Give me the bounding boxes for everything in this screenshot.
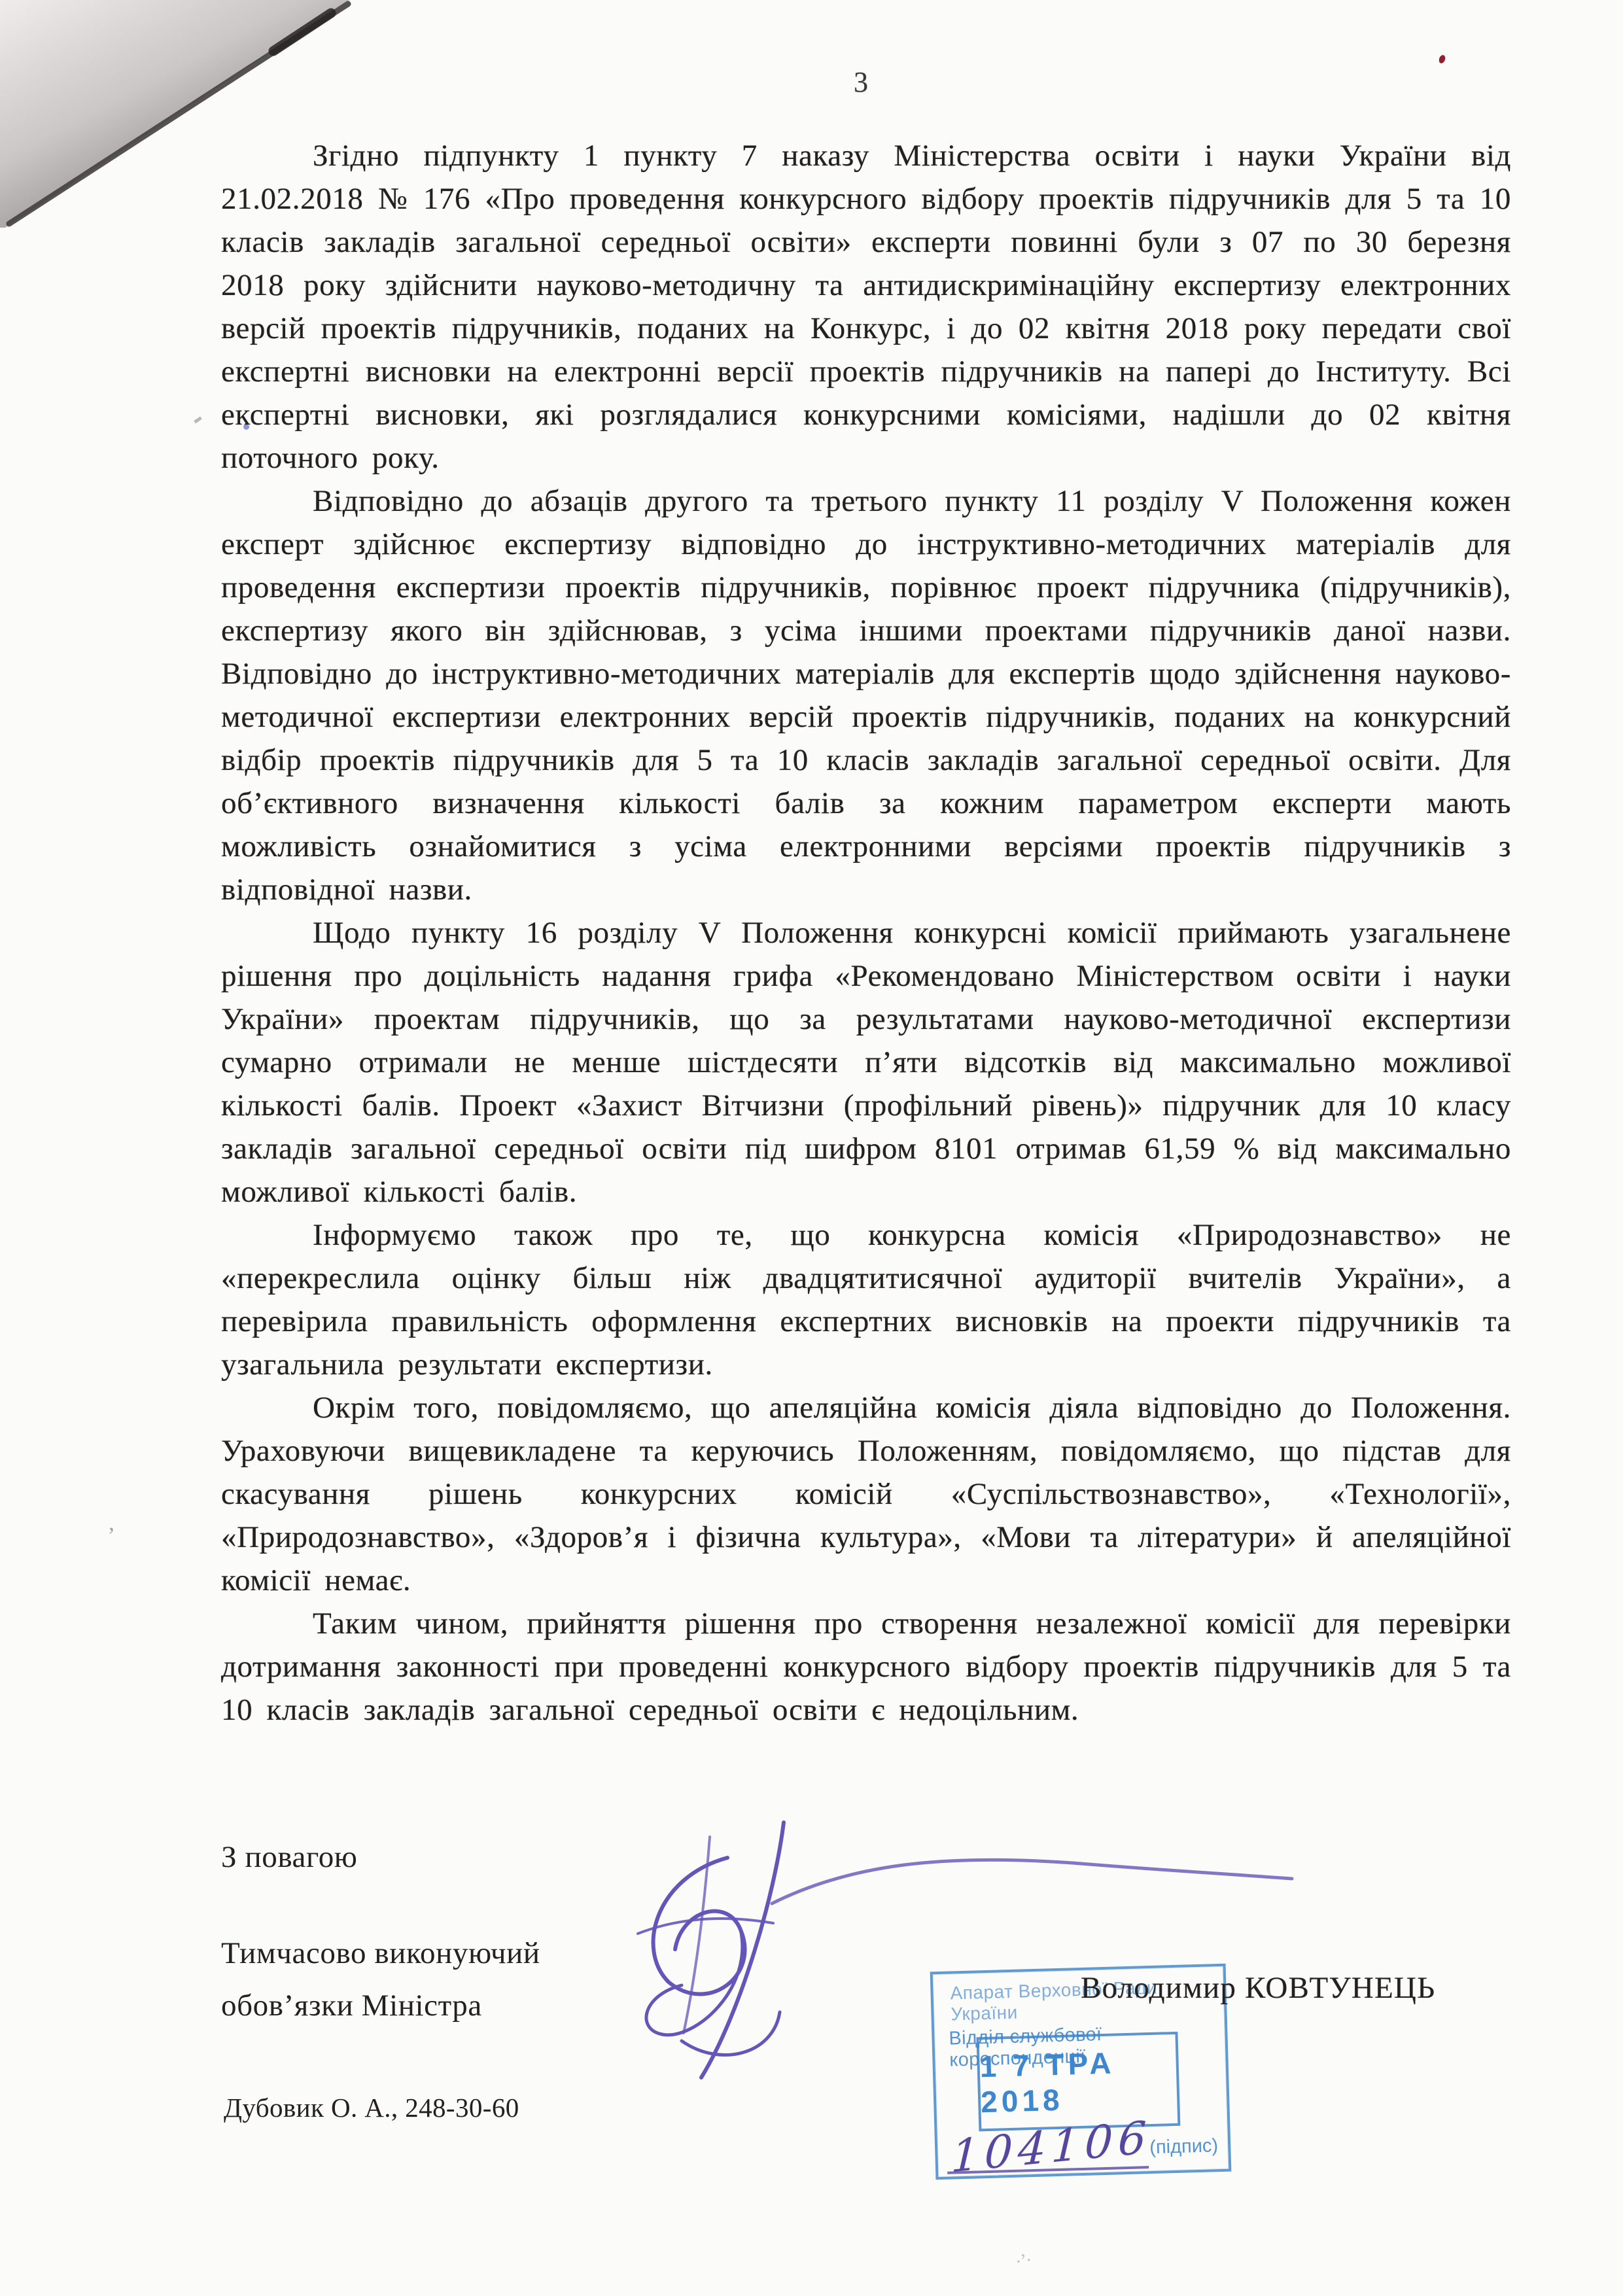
executor-contact: Дубовик О. А., 248-30-60: [224, 2092, 519, 2123]
paragraph-5: Окрім того, повідомляємо, що апеляційна …: [221, 1386, 1511, 1602]
handwritten-signature: [576, 1817, 1335, 2098]
red-ink-dot-artifact: [1438, 54, 1446, 64]
letter-body: Згідно підпункту 1 пункту 7 наказу Мініс…: [221, 134, 1511, 1731]
paragraph-6: Таким чином, прийняття рішення про створ…: [221, 1602, 1511, 1731]
closing-salutation: З повагою: [221, 1839, 358, 1875]
gray-tick-artifact: [194, 417, 202, 424]
bottom-smudge-artifact: ·ʼ·: [1014, 2249, 1032, 2273]
page-number: 3: [854, 65, 868, 99]
signer-title-line1: Тимчасово виконуючий: [221, 1927, 540, 1979]
scanned-letter-page: , ·ʼ· 3 Згідно підпункту 1 пункту 7 нака…: [0, 0, 1623, 2296]
signer-title: Тимчасово виконуючий обов’язки Міністра: [221, 1927, 540, 2032]
stray-comma-artifact: ,: [109, 1508, 114, 1536]
signer-name: Володимир КОВТУНЕЦЬ: [1081, 1970, 1435, 2006]
paragraph-1: Згідно підпункту 1 пункту 7 наказу Мініс…: [221, 134, 1511, 479]
stamp-signature-label: (підпис): [1149, 2135, 1219, 2159]
signer-title-line2: обов’язки Міністра: [221, 1979, 540, 2032]
paragraph-4: Інформуємо також про те, що конкурсна ко…: [221, 1213, 1511, 1386]
page-corner-fold-artifact: [0, 0, 366, 249]
paragraph-2: Відповідно до абзаців другого та третьог…: [221, 479, 1511, 911]
paragraph-3: Щодо пункту 16 розділу V Положення конку…: [221, 911, 1511, 1213]
